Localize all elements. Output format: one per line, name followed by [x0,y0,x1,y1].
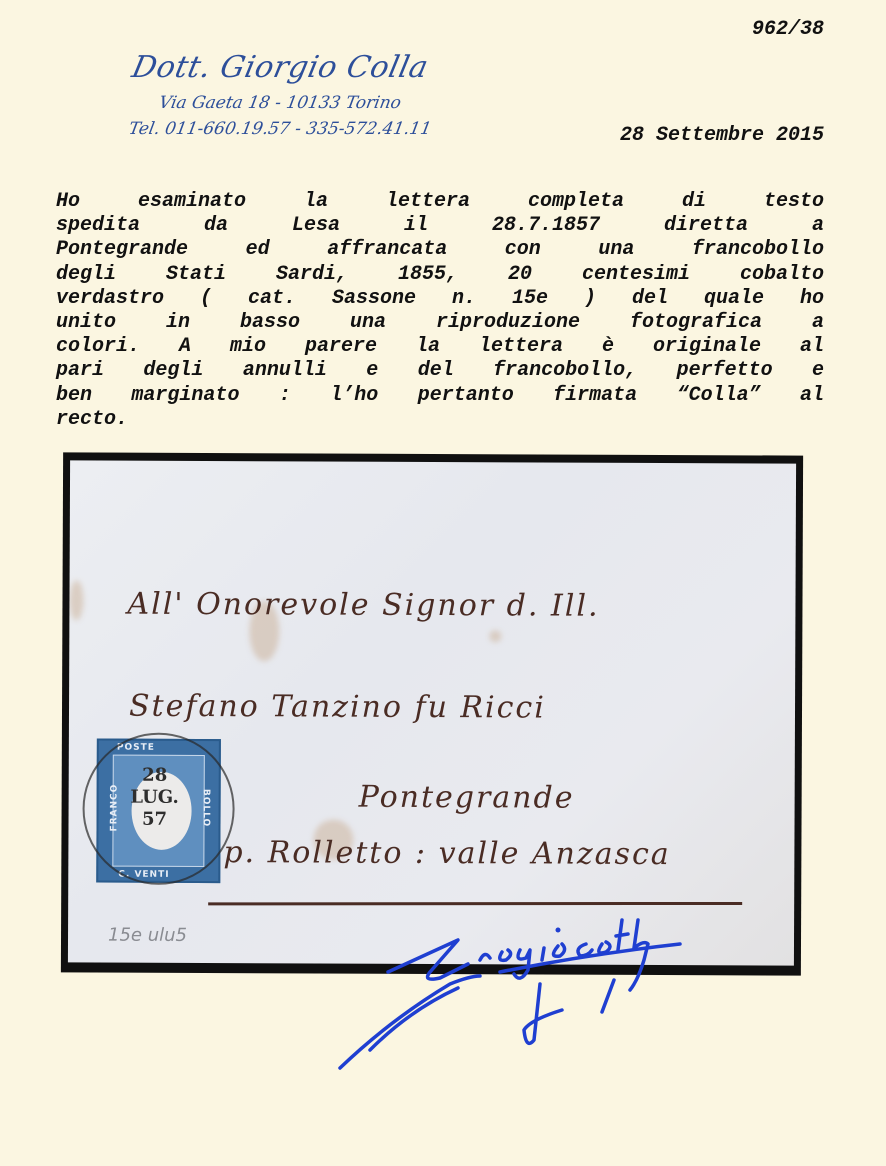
address-line-1: All' Onorevole Signor d. Ill. [127,587,599,624]
body-line: colori. A mio parere la lettera è origin… [56,335,824,359]
certificate-body: Ho esaminato la lettera completa di test… [56,190,824,432]
letter-photo: All' Onorevole Signor d. Ill. Stefano Ta… [61,452,803,975]
pencil-note: 15e ulu5 [108,925,187,946]
letter-paper: All' Onorevole Signor d. Ill. Stefano Ta… [68,460,796,965]
letterhead-telephone: Tel. 011-660.19.57 - 335-572.41.11 [98,116,463,142]
postmark-year: 57 [124,809,184,831]
body-line: recto. [56,408,824,432]
address-line-2: Stefano Tanzino fu Ricci [129,689,546,726]
body-line: unito in basso una riproduzione fotograf… [56,311,824,335]
body-line: Pontegrande ed affrancata con una franco… [56,238,824,262]
letterhead-address: Via Gaeta 18 - 10133 Torino [98,90,463,116]
address-line-4: p. Rolletto : valle Anzasca [223,835,670,872]
postmark-month: LUG. [125,787,185,809]
body-line: ben marginato : l’ho pertanto firmata “C… [56,384,824,408]
body-line: pari degli annulli e del francobollo, pe… [56,359,824,383]
stain [489,630,501,642]
signature-icon [330,900,710,1080]
address-line-3: Pontegrande [359,780,575,816]
certificate-date: 28 Settembre 2015 [620,124,824,147]
stain [69,580,83,620]
postmark-day: 28 [125,765,185,787]
body-line: degli Stati Sardi, 1855, 20 centesimi co… [56,263,824,287]
certificate-number: 962/38 [752,18,824,41]
letterhead: Dott. Giorgio Colla Via Gaeta 18 - 10133… [100,48,460,142]
postmark-text: 28 LUG. 57 [124,765,184,831]
body-line: Ho esaminato la lettera completa di test… [56,190,824,214]
body-line: verdastro ( cat. Sassone n. 15e ) del qu… [56,287,824,311]
letterhead-name: Dott. Giorgio Colla [96,48,465,88]
body-line: spedita da Lesa il 28.7.1857 diretta a [56,214,824,238]
